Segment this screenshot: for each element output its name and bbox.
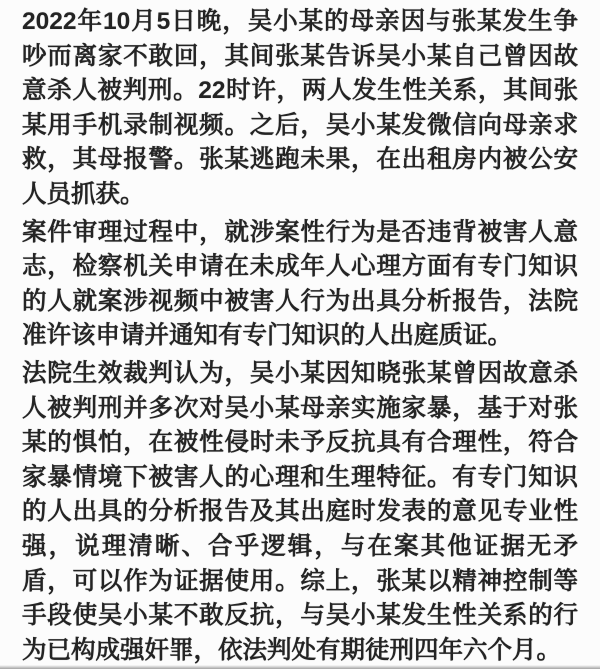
paragraph-court-ruling: 法院生效裁判认为，吴小某因知晓张某曾因故意杀人被判刑并多次对吴小某母亲实施家暴，…: [22, 357, 578, 668]
paragraph-case-facts: 2022年10月5日晚，吴小某的母亲因与张某发生争吵而离家不敢回，其间张某告诉吴…: [22, 5, 578, 213]
legal-case-text: 2022年10月5日晚，吴小某的母亲因与张某发生争吵而离家不敢回，其间张某告诉吴…: [0, 0, 600, 668]
document-page: { "page": { "background_color": "#fcfcfc…: [0, 0, 600, 669]
paragraph-trial-process: 案件审理过程中，就涉案性行为是否违背被害人意志，检察机关申请在未成年人心理方面有…: [22, 216, 578, 354]
